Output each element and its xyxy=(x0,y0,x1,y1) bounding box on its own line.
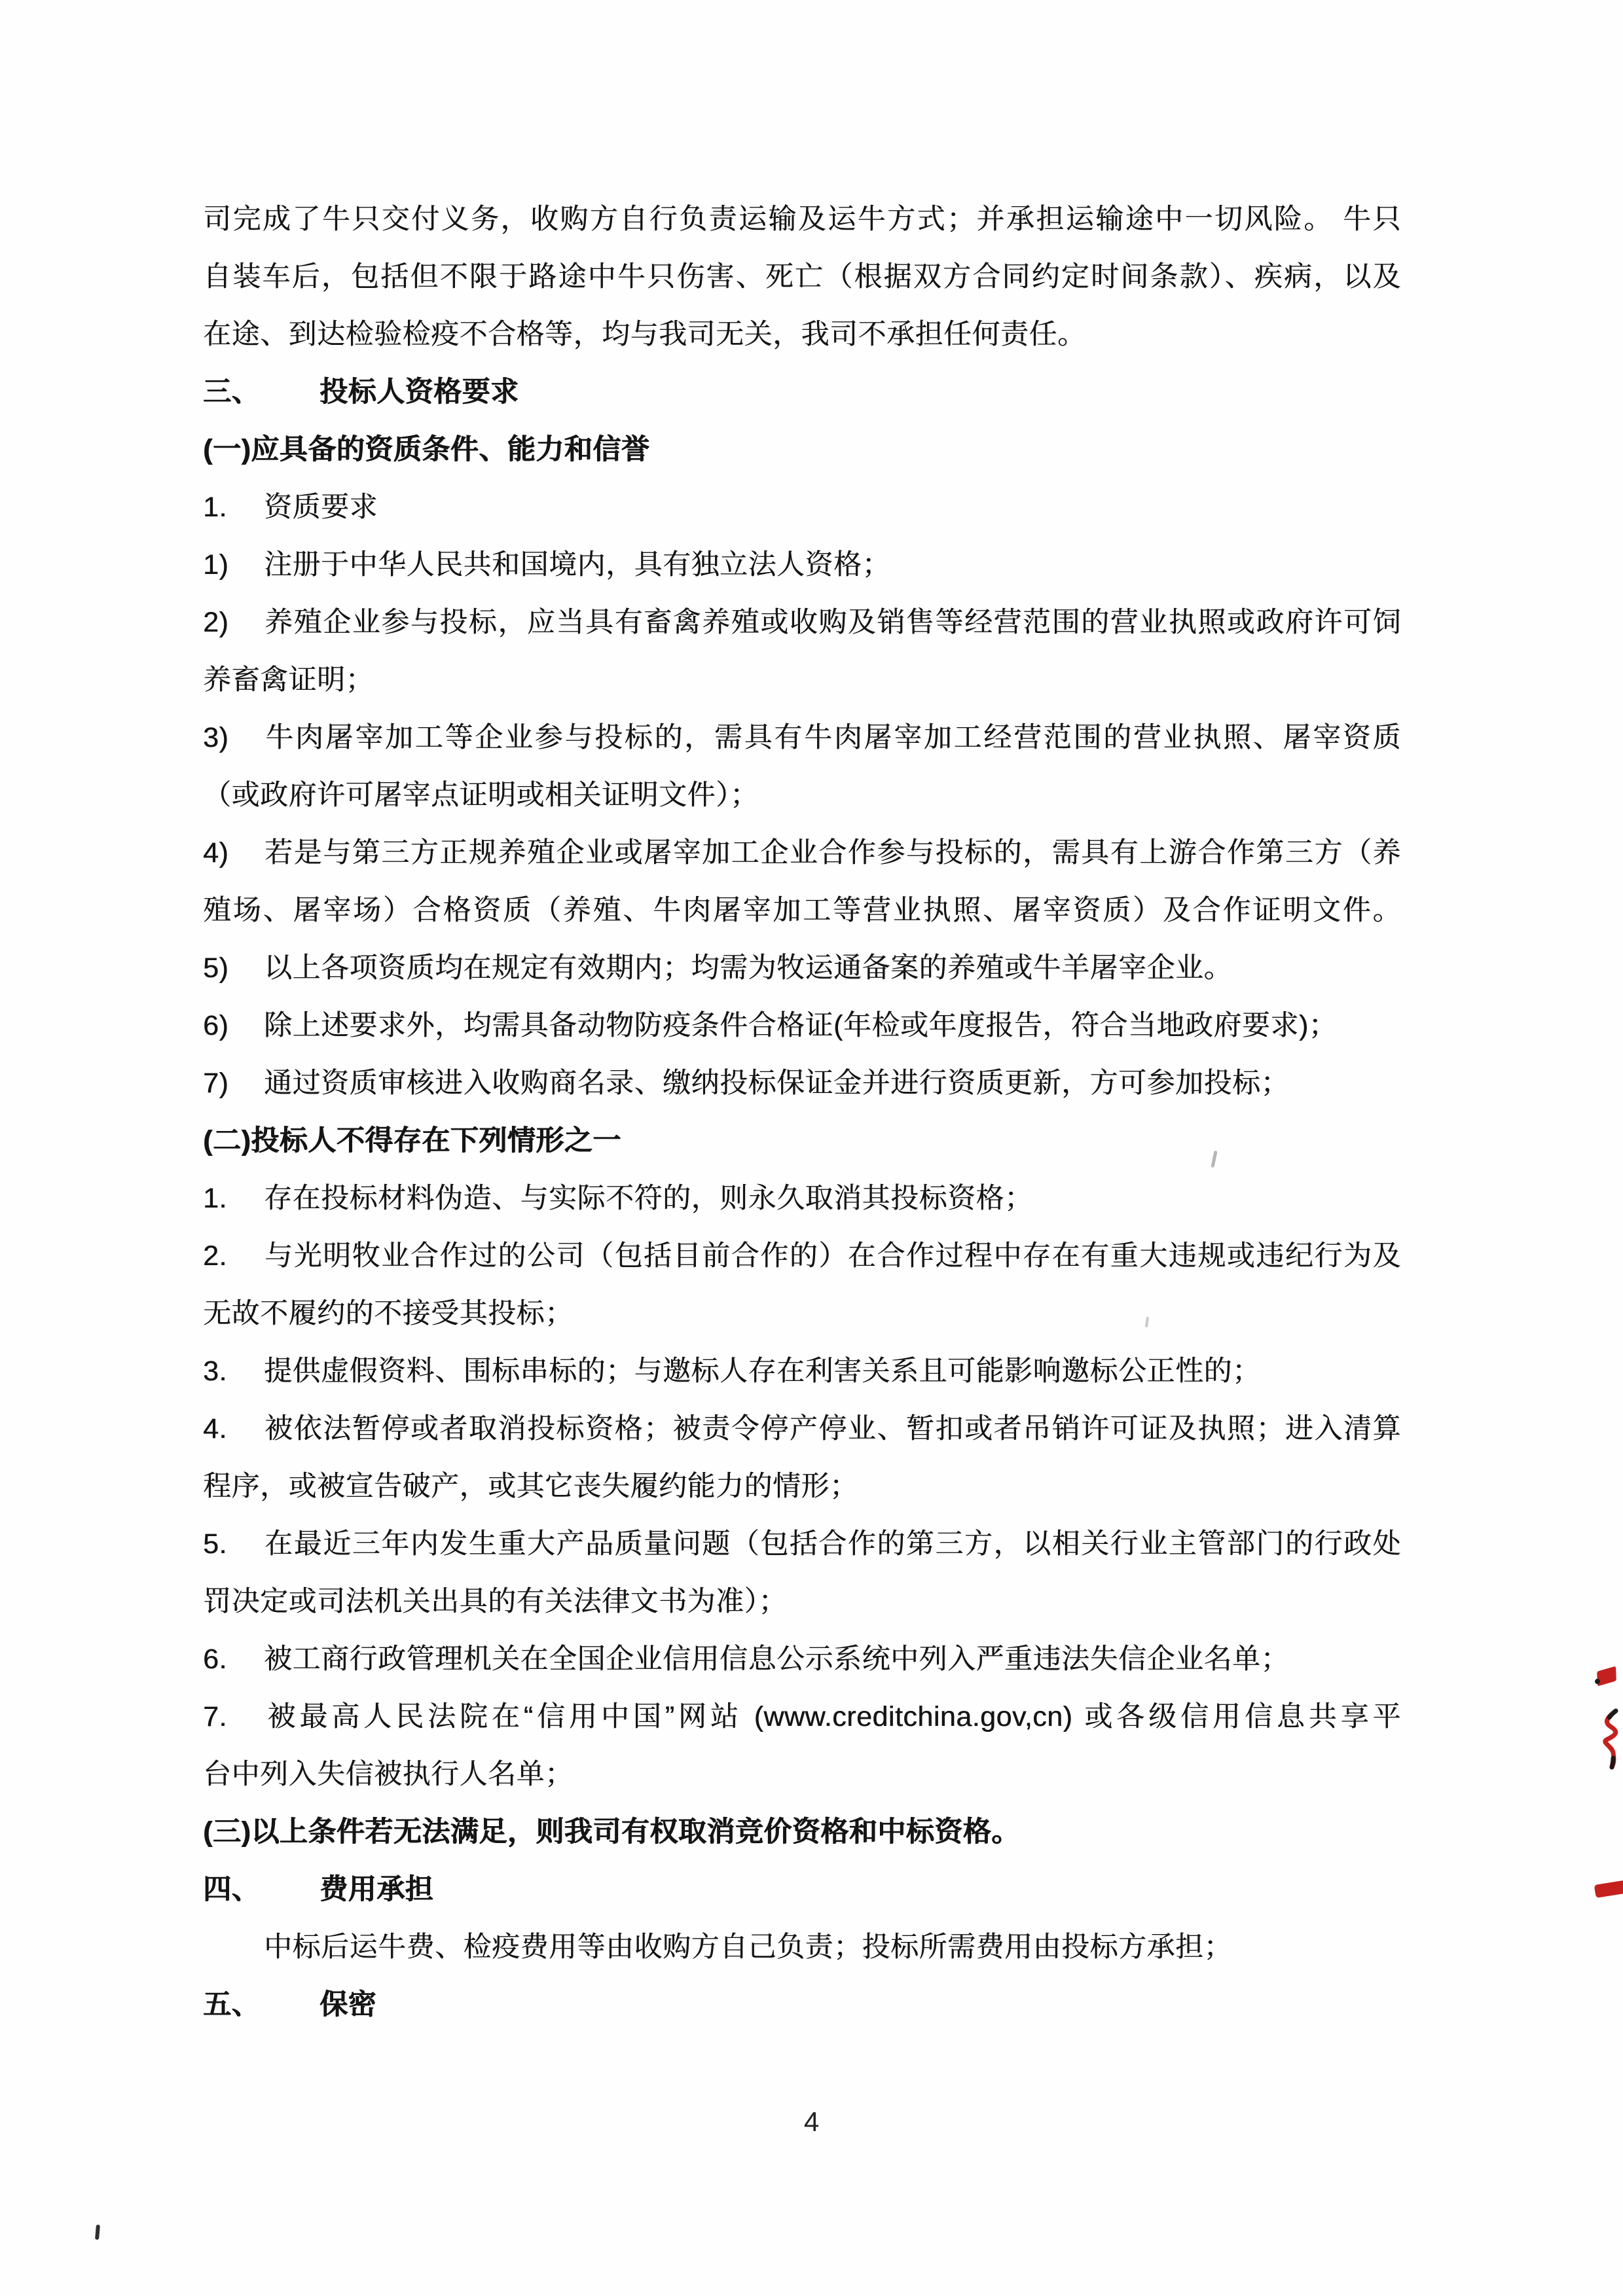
line-text: 若是与第三方正规养殖企业或屠宰加工企业合作参与投标的，需具有上游合作第三方（养 xyxy=(264,837,1401,869)
list-number: 1) xyxy=(203,536,264,594)
document-line: 无故不履约的不接受其投标； xyxy=(203,1285,1401,1342)
line-text: 提供虚假资料、围标串标的；与邀标人存在利害关系且可能影响邀标公正性的； xyxy=(264,1355,1261,1387)
document-line: 三、投标人资格要求 xyxy=(203,363,1401,421)
page-number: 4 xyxy=(0,2106,1623,2138)
document-line: 6.被工商行政管理机关在全国企业信用信息公示系统中列入严重违法失信企业名单； xyxy=(203,1630,1401,1688)
document-line: 1.存在投标材料伪造、与实际不符的，则永久取消其投标资格； xyxy=(203,1170,1401,1227)
scanned-document-page: 司完成了牛只交付义务，收购方自行负责运输及运牛方式；并承担运输途中一切风险。 牛… xyxy=(0,0,1623,2296)
list-number: 6. xyxy=(203,1630,264,1688)
line-text: 除上述要求外，均需具备动物防疫条件合格证(年检或年度报告，符合当地政府要求)； xyxy=(264,1010,1337,1041)
document-line: 7.被最高人民法院在“信用中国”网站 (www.creditchina.gov,… xyxy=(203,1688,1401,1746)
list-number: 2. xyxy=(203,1227,264,1285)
document-line: 5)以上各项资质均在规定有效期内；均需为牧运通备案的养殖或牛羊屠宰企业。 xyxy=(203,939,1401,997)
document-line: 4.被依法暂停或者取消投标资格；被责令停产停业、暂扣或者吊销许可证及执照；进入清… xyxy=(203,1400,1401,1458)
list-number: 4) xyxy=(203,824,264,882)
list-number: 3. xyxy=(203,1342,264,1400)
line-text: 养殖企业参与投标，应当具有畜禽养殖或收购及销售等经营范围的营业执照或政府许可饲 xyxy=(264,607,1401,638)
line-text: 存在投标材料伪造、与实际不符的，则永久取消其投标资格； xyxy=(264,1183,1033,1214)
line-text: 费用承担 xyxy=(319,1874,433,1905)
line-text: 投标人资格要求 xyxy=(319,376,519,408)
red-pen-flag-mark xyxy=(1597,1666,1616,1687)
document-line: 7)通过资质审核进入收购商名录、缴纳投标保证金并进行资质更新，方可参加投标； xyxy=(203,1054,1401,1112)
document-line: 3)牛肉屠宰加工等企业参与投标的，需具有牛肉屠宰加工经营范围的营业执照、屠宰资质 xyxy=(203,709,1401,766)
document-line: 五、保密 xyxy=(203,1976,1401,2034)
list-number: 7. xyxy=(203,1688,264,1746)
list-number: 7) xyxy=(203,1054,264,1112)
list-number: 四、 xyxy=(203,1861,319,1918)
document-line: 4)若是与第三方正规养殖企业或屠宰加工企业合作参与投标的，需具有上游合作第三方（… xyxy=(203,824,1401,882)
document-line: 程序，或被宣告破产，或其它丧失履约能力的情形； xyxy=(203,1458,1401,1515)
red-pen-dash-mark xyxy=(1594,1880,1623,1898)
list-number: 2) xyxy=(203,594,264,651)
document-line: (一)应具备的资质条件、能力和信誉 xyxy=(203,421,1401,478)
list-number: 五、 xyxy=(203,1976,319,2034)
list-number: 三、 xyxy=(203,363,319,421)
document-line: (二)投标人不得存在下列情形之一 xyxy=(203,1112,1401,1170)
document-line: 1)注册于中华人民共和国境内，具有独立法人资格； xyxy=(203,536,1401,594)
list-number: 1. xyxy=(203,478,264,536)
line-text: 通过资质审核进入收购商名录、缴纳投标保证金并进行资质更新，方可参加投标； xyxy=(264,1067,1289,1099)
line-text: 被依法暂停或者取消投标资格；被责令停产停业、暂扣或者吊销许可证及执照；进入清算 xyxy=(264,1413,1401,1444)
line-text: 以上各项资质均在规定有效期内；均需为牧运通备案的养殖或牛羊屠宰企业。 xyxy=(264,952,1232,984)
document-line: 中标后运牛费、检疫费用等由收购方自己负责；投标所需费用由投标方承担； xyxy=(203,1918,1401,1976)
document-line: 罚决定或司法机关出具的有关法律文书为准）； xyxy=(203,1573,1401,1630)
list-number: 5) xyxy=(203,939,264,997)
line-text: 与光明牧业合作过的公司（包括目前合作的）在合作过程中存在有重大违规或违纪行为及 xyxy=(264,1240,1401,1272)
document-line: 司完成了牛只交付义务，收购方自行负责运输及运牛方式；并承担运输途中一切风险。 牛… xyxy=(203,190,1401,248)
document-line: 养畜禽证明； xyxy=(203,651,1401,709)
line-text: 注册于中华人民共和国境内，具有独立法人资格； xyxy=(264,549,890,581)
document-line: 殖场、屠宰场）合格资质（养殖、牛肉屠宰加工等营业执照、屠宰资质）及合作证明文件。 xyxy=(203,882,1401,939)
list-number: 1. xyxy=(203,1170,264,1227)
line-text: 在最近三年内发生重大产品质量问题（包括合作的第三方，以相关行业主管部门的行政处 xyxy=(264,1528,1401,1560)
document-line: 2.与光明牧业合作过的公司（包括目前合作的）在合作过程中存在有重大违规或违纪行为… xyxy=(203,1227,1401,1285)
list-number: 5. xyxy=(203,1515,264,1573)
ink-speck xyxy=(95,2225,100,2240)
red-pen-scribble-mark xyxy=(1597,1707,1621,1770)
line-text: 被工商行政管理机关在全国企业信用信息公示系统中列入严重违法失信企业名单； xyxy=(264,1643,1289,1675)
document-line: 3.提供虚假资料、围标串标的；与邀标人存在利害关系且可能影响邀标公正性的； xyxy=(203,1342,1401,1400)
list-number: 3) xyxy=(203,709,264,766)
line-text: 牛肉屠宰加工等企业参与投标的，需具有牛肉屠宰加工经营范围的营业执照、屠宰资质 xyxy=(264,722,1401,753)
document-line: (三)以上条件若无法满足，则我司有权取消竞价资格和中标资格。 xyxy=(203,1803,1401,1861)
document-line: 6)除上述要求外，均需具备动物防疫条件合格证(年检或年度报告，符合当地政府要求)… xyxy=(203,997,1401,1054)
document-line: 四、费用承担 xyxy=(203,1861,1401,1918)
document-line: 1.资质要求 xyxy=(203,478,1401,536)
document-line: （或政府许可屠宰点证明或相关证明文件）； xyxy=(203,766,1401,824)
document-line: 在途、到达检验检疫不合格等，均与我司无关，我司不承担任何责任。 xyxy=(203,306,1401,363)
document-line: 自装车后，包括但不限于路途中牛只伤害、死亡（根据双方合同约定时间条款）、疾病，以… xyxy=(203,248,1401,306)
document-body: 司完成了牛只交付义务，收购方自行负责运输及运牛方式；并承担运输途中一切风险。 牛… xyxy=(203,190,1401,2034)
list-number: 4. xyxy=(203,1400,264,1458)
ink-dot xyxy=(1595,1679,1600,1684)
line-text: 资质要求 xyxy=(264,492,378,523)
list-number: 6) xyxy=(203,997,264,1054)
document-line: 2)养殖企业参与投标，应当具有畜禽养殖或收购及销售等经营范围的营业执照或政府许可… xyxy=(203,594,1401,651)
document-line: 5.在最近三年内发生重大产品质量问题（包括合作的第三方，以相关行业主管部门的行政… xyxy=(203,1515,1401,1573)
document-line: 台中列入失信被执行人名单； xyxy=(203,1746,1401,1803)
line-text: 保密 xyxy=(319,1989,376,2020)
line-text: 被最高人民法院在“信用中国”网站 (www.creditchina.gov,cn… xyxy=(264,1701,1401,1732)
